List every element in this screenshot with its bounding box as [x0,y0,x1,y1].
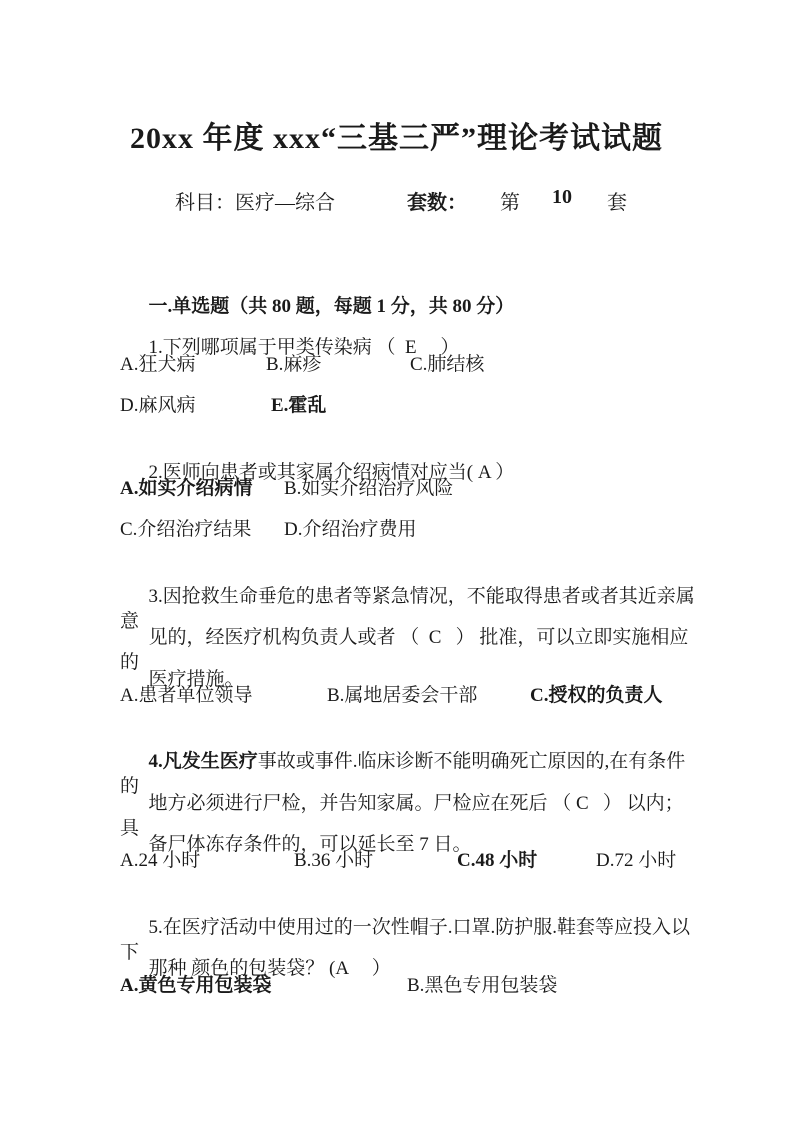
q4-option-a: A.24 小时 [120,848,200,873]
meta-set-suffix: 套 [607,186,627,215]
meta-subject: 科目：医疗—综合 [175,186,335,215]
meta-set-label: 套数： [407,186,467,215]
q2-option-a-answer: A.如实介绍病情 [120,476,252,501]
q1-option-e-answer: E.霍乱 [271,393,326,418]
document-title: 20xx 年度 xxx“三基三严”理论考试试题 [0,113,793,157]
section-heading-line: 一.单选题（共 80 题，每题 1 分，共 80 分） [120,269,700,310]
document-meta-row: 科目：医疗—综合 套数： 第 10 套 [0,186,793,216]
q1-option-d: D.麻风病 [120,393,195,418]
q1-option-b: B.麻疹 [266,352,321,377]
q5-stem-line-1: 5.在医疗活动中使用过的一次性帽子.口罩.防护服.鞋套等应投入以下 [120,890,700,931]
q4-stem-line-3: 备尸体冻存条件的，可以延长至 7 日。 [120,807,700,848]
q1-stem-line: 1.下列哪项属于甲类传染病 （ E ） [120,310,700,351]
q3-option-a: A.患者单位领导 [120,683,252,708]
q3-option-c-answer: C.授权的负责人 [530,683,662,708]
q2-options-row-2: C.介绍治疗结果 D.介绍治疗费用 [120,517,700,558]
q4-options-row: A.24 小时 B.36 小时 C.48 小时 D.72 小时 [120,848,700,889]
q4-stem-line-2: 地方必须进行尸检，并告知家属。尸检应在死后 （ C ） 以内；具 [120,766,700,807]
q2-stem-line: 2.医师向患者或其家属介绍病情对应当( A ） [120,435,700,476]
exam-document-page: 20xx 年度 xxx“三基三严”理论考试试题 科目：医疗—综合 套数： 第 1… [0,0,793,1122]
q3-stem-line-1: 3.因抢救生命垂危的患者等紧急情况，不能取得患者或者其近亲属意 [120,559,700,600]
q2-option-d: D.介绍治疗费用 [284,517,416,542]
q4-option-c-answer: C.48 小时 [457,848,537,873]
meta-set-number: 10 [552,186,572,209]
q5-stem-line-2: 那种 颜色的包装袋？ (A ） [120,931,700,972]
q5-options-row: A.黄色专用包装袋 B.黑色专用包装袋 [120,973,700,1014]
q2-option-c: C.介绍治疗结果 [120,517,251,542]
q3-stem-line-3: 医疗措施。 [120,642,700,683]
q1-options-row-1: A.狂犬病 B.麻疹 C.肺结核 [120,352,700,393]
meta-set-prefix: 第 [500,186,520,215]
q1-option-a: A.狂犬病 [120,352,195,377]
q5-option-b: B.黑色专用包装袋 [407,973,557,998]
q3-options-row: A.患者单位领导 B.属地居委会干部 C.授权的负责人 [120,683,700,724]
q4-option-b: B.36 小时 [294,848,373,873]
q2-options-row-1: A.如实介绍病情 B.如实介绍治疗风险 [120,476,700,517]
q5-option-a-answer: A.黄色专用包装袋 [120,973,271,998]
q1-option-c: C.肺结核 [410,352,484,377]
q1-options-row-2: D.麻风病 E.霍乱 [120,393,700,434]
q4-option-d: D.72 小时 [596,848,676,873]
q2-option-b: B.如实介绍治疗风险 [284,476,453,501]
q3-option-b: B.属地居委会干部 [327,683,477,708]
q3-stem-line-2: 见的，经医疗机构负责人或者 （ C ） 批准，可以立即实施相应的 [120,600,700,641]
q4-stem-line-1: 4.凡发生医疗事故或事件.临床诊断不能明确死亡原因的,在有条件的 [120,724,700,765]
question-body: 一.单选题（共 80 题，每题 1 分，共 80 分） 1.下列哪项属于甲类传染… [120,269,700,1014]
